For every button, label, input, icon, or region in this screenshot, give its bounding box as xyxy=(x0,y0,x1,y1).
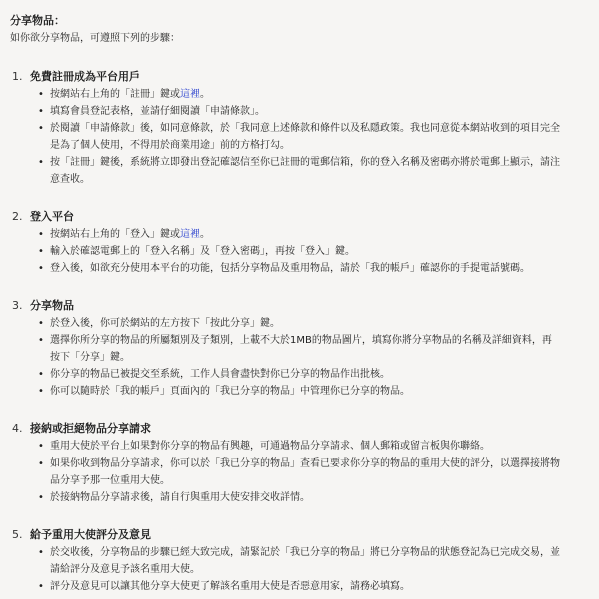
section-title: 登入平台 xyxy=(30,210,74,224)
list-item: • 填寫會員登記表格，並請仔細閱讀「申請條款」。 xyxy=(10,103,599,120)
list-item: • 於閱讀「申請條款」後，如同意條款，於「我同意上述條款和條件以及私隱政策。我也… xyxy=(10,120,599,154)
bullet-icon: • xyxy=(10,120,50,137)
list-item: • 你可以隨時於「我的帳戶」頁面內的「我已分享的物品」中管理你已分享的物品。 xyxy=(10,383,599,400)
section-rating: 5. 給予重用大使評分及意見 • 於交收後，分享物品的步驟已經大致完成，請緊記於… xyxy=(10,528,599,595)
list-item: • 於交收後，分享物品的步驟已經大致完成，請緊記於「我已分享的物品」將已分享物品… xyxy=(10,544,599,578)
section-title: 分享物品 xyxy=(30,299,74,313)
item-text: 如果你收到物品分享請求，你可以於「我已分享的物品」查看已要求你分享的物品的重用大… xyxy=(50,455,560,489)
item-text: 。 xyxy=(200,229,210,240)
section-number: 5. xyxy=(10,528,30,542)
section-title: 給予重用大使評分及意見 xyxy=(30,528,151,542)
item-text: 你可以隨時於「我的帳戶」頁面內的「我已分享的物品」中管理你已分享的物品。 xyxy=(50,383,560,400)
step-list: • 於登入後，你可於網站的左方按下「按此分享」鍵。 • 選擇你所分享的物品的所屬… xyxy=(10,315,599,400)
item-text: 評分及意見可以讓其他分享大使更了解該名重用大使是否惡意用家，請務必填寫。 xyxy=(50,578,560,595)
bullet-icon: • xyxy=(10,86,50,103)
section-heading: 4. 接納或拒絕物品分享請求 xyxy=(10,422,599,436)
item-text: 選擇你所分享的物品的所屬類別及子類別，上載不大於1MB的物品圖片，填寫你將分享物… xyxy=(50,332,560,366)
list-item: • 按「註冊」鍵後，系統將立即發出登記確認信至你已註冊的電郵信箱，你的登入名稱及… xyxy=(10,154,599,188)
list-item: • 重用大使於平台上如果對你分享的物品有興趣，可通過物品分享請求、個人郵箱或留言… xyxy=(10,438,599,455)
list-item: • 選擇你所分享的物品的所屬類別及子類別，上載不大於1MB的物品圖片，填寫你將分… xyxy=(10,332,599,366)
section-number: 1. xyxy=(10,70,30,84)
bullet-icon: • xyxy=(10,366,50,383)
item-text: 按網站右上角的「登入」鍵或 xyxy=(50,229,180,240)
item-text: 。 xyxy=(200,89,210,100)
bullet-icon: • xyxy=(10,260,50,277)
bullet-icon: • xyxy=(10,438,50,455)
bullet-icon: • xyxy=(10,332,50,349)
item-text: 於登入後，你可於網站的左方按下「按此分享」鍵。 xyxy=(50,315,560,332)
section-number: 2. xyxy=(10,210,30,224)
section-share-items: 3. 分享物品 • 於登入後，你可於網站的左方按下「按此分享」鍵。 • 選擇你所… xyxy=(10,299,599,400)
section-number: 3. xyxy=(10,299,30,313)
section-register: 1. 免費註冊成為平台用戶 • 按網站右上角的「註冊」鍵或這裡。 • 填寫會員登… xyxy=(10,70,599,188)
step-list: • 按網站右上角的「註冊」鍵或這裡。 • 填寫會員登記表格，並請仔細閱讀「申請條… xyxy=(10,86,599,188)
step-list: • 於交收後，分享物品的步驟已經大致完成，請緊記於「我已分享的物品」將已分享物品… xyxy=(10,544,599,595)
bullet-icon: • xyxy=(10,243,50,260)
list-item: • 按網站右上角的「登入」鍵或這裡。 xyxy=(10,226,599,243)
bullet-icon: • xyxy=(10,154,50,171)
list-item: • 評分及意見可以讓其他分享大使更了解該名重用大使是否惡意用家，請務必填寫。 xyxy=(10,578,599,595)
section-title: 接納或拒絕物品分享請求 xyxy=(30,422,151,436)
intro-text: 如你欲分享物品，可遵照下列的步驟： xyxy=(10,32,599,46)
item-text: 輸入於確認電郵上的「登入名稱」及「登入密碼」，再按「登入」鍵。 xyxy=(50,243,560,260)
item-text: 填寫會員登記表格，並請仔細閱讀「申請條款」。 xyxy=(50,103,560,120)
section-heading: 1. 免費註冊成為平台用戶 xyxy=(10,70,599,84)
list-item: • 按網站右上角的「註冊」鍵或這裡。 xyxy=(10,86,599,103)
list-item: • 如果你收到物品分享請求，你可以於「我已分享的物品」查看已要求你分享的物品的重… xyxy=(10,455,599,489)
step-list: • 按網站右上角的「登入」鍵或這裡。 • 輸入於確認電郵上的「登入名稱」及「登入… xyxy=(10,226,599,277)
section-number: 4. xyxy=(10,422,30,436)
section-login: 2. 登入平台 • 按網站右上角的「登入」鍵或這裡。 • 輸入於確認電郵上的「登… xyxy=(10,210,599,277)
document: 分享物品： 如你欲分享物品，可遵照下列的步驟： 1. 免費註冊成為平台用戶 • … xyxy=(0,0,599,595)
item-text: 按「註冊」鍵後，系統將立即發出登記確認信至你已註冊的電郵信箱，你的登入名稱及密碼… xyxy=(50,154,560,188)
bullet-icon: • xyxy=(10,315,50,332)
page-title: 分享物品： xyxy=(10,14,599,28)
bullet-icon: • xyxy=(10,383,50,400)
bullet-icon: • xyxy=(10,455,50,472)
item-text: 於閱讀「申請條款」後，如同意條款，於「我同意上述條款和條件以及私隱政策。我也同意… xyxy=(50,120,560,154)
bullet-icon: • xyxy=(10,489,50,506)
section-heading: 2. 登入平台 xyxy=(10,210,599,224)
item-text: 於接納物品分享請求後，請自行與重用大使安排交收詳情。 xyxy=(50,489,560,506)
section-accept-reject: 4. 接納或拒絕物品分享請求 • 重用大使於平台上如果對你分享的物品有興趣，可通… xyxy=(10,422,599,506)
list-item: • 輸入於確認電郵上的「登入名稱」及「登入密碼」，再按「登入」鍵。 xyxy=(10,243,599,260)
item-text: 按網站右上角的「註冊」鍵或 xyxy=(50,89,180,100)
bullet-icon: • xyxy=(10,544,50,561)
item-text: 登入後，如欲充分使用本平台的功能，包括分享物品及重用物品，請於「我的帳戶」確認你… xyxy=(50,260,560,277)
item-text: 重用大使於平台上如果對你分享的物品有興趣，可通過物品分享請求、個人郵箱或留言板與… xyxy=(50,438,560,455)
bullet-icon: • xyxy=(10,103,50,120)
list-item: • 登入後，如欲充分使用本平台的功能，包括分享物品及重用物品，請於「我的帳戶」確… xyxy=(10,260,599,277)
list-item: • 於接納物品分享請求後，請自行與重用大使安排交收詳情。 xyxy=(10,489,599,506)
bullet-icon: • xyxy=(10,578,50,595)
section-title: 免費註冊成為平台用戶 xyxy=(30,70,140,84)
section-heading: 3. 分享物品 xyxy=(10,299,599,313)
item-text: 你分享的物品已被提交至系統，工作人員會盡快對你已分享的物品作出批核。 xyxy=(50,366,560,383)
step-list: • 重用大使於平台上如果對你分享的物品有興趣，可通過物品分享請求、個人郵箱或留言… xyxy=(10,438,599,506)
section-heading: 5. 給予重用大使評分及意見 xyxy=(10,528,599,542)
register-here-link[interactable]: 這裡 xyxy=(180,89,200,100)
item-text: 於交收後，分享物品的步驟已經大致完成，請緊記於「我已分享的物品」將已分享物品的狀… xyxy=(50,544,560,578)
list-item: • 你分享的物品已被提交至系統，工作人員會盡快對你已分享的物品作出批核。 xyxy=(10,366,599,383)
bullet-icon: • xyxy=(10,226,50,243)
list-item: • 於登入後，你可於網站的左方按下「按此分享」鍵。 xyxy=(10,315,599,332)
login-here-link[interactable]: 這裡 xyxy=(180,229,200,240)
